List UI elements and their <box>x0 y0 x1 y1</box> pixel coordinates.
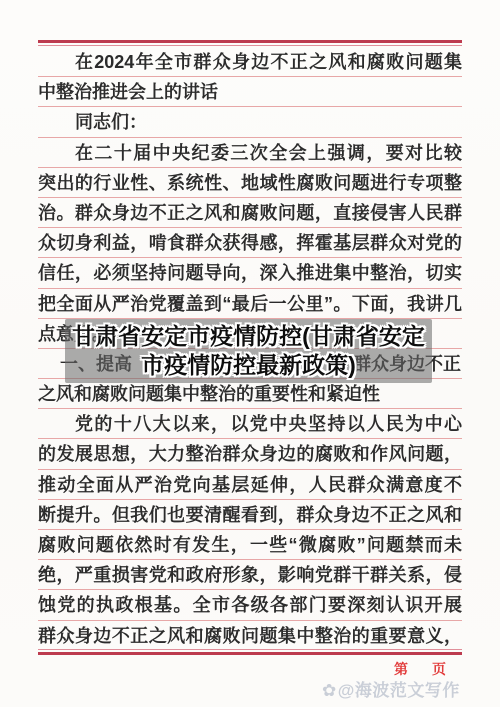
document-line: 断提升。但我们也要清醒看到，群众身边不正之风和 <box>38 500 462 530</box>
watermark-title-overlay: 甘肃省安定市疫情防控(甘肃省安定市疫情防控最新政策) <box>65 319 432 383</box>
page-number-label-right: 页 <box>432 661 446 677</box>
document-line: 治。群众身边不正之风和腐败问题，直接侵害人民群 <box>38 198 462 228</box>
document-line: 群众身边不正之风和腐败问题集中整治的重要意义， <box>38 621 462 651</box>
watermark-text: @海波范文写作 <box>338 681 460 700</box>
document-page: 在2024年全市群众身边不正之风和腐败问题集中整治推进会上的讲话同志们：在二十届… <box>0 0 500 707</box>
document-line: 绝，严重损害党和政府形象，影响党群干群关系，侵 <box>38 560 462 590</box>
document-line: 把全面从严治党覆盖到“最后一公里”。下面，我讲几 <box>38 289 462 319</box>
top-frame-thin-line <box>38 45 462 46</box>
document-line: 之风和腐败问题集中整治的重要性和紧迫性 <box>38 379 462 409</box>
document-line: 众切身利益，啃食群众获得感，挥霍基层群众对党的 <box>38 228 462 258</box>
flower-icon: ✿ <box>322 681 337 700</box>
document-line: 同志们： <box>38 107 462 137</box>
document-line: 信任，必须坚持问题导向，深入推进集中整治，切实 <box>38 258 462 288</box>
document-line: 腐败问题依然时有发生，一些“微腐败”问题禁而未 <box>38 530 462 560</box>
bottom-frame-thick-line <box>38 652 462 655</box>
page-number-label-left: 第 <box>394 661 408 677</box>
document-line: 蚀党的执政根基。全市各级各部门要深刻认识开展 <box>38 590 462 620</box>
document-line: 突出的行业性、系统性、地域性腐败问题进行专项整 <box>38 168 462 198</box>
watermark: ✿@海波范文写作 <box>322 676 500 701</box>
document-line: 的发展思想，大力整治群众身边的腐败和作风问题， <box>38 439 462 469</box>
document-line: 推动全面从严治党向基层延伸，人民群众满意度不 <box>38 470 462 500</box>
document-line: 中整治推进会上的讲话 <box>38 77 462 107</box>
document-line: 党的十八大以来，以党中央坚持以人民为中心 <box>38 409 462 439</box>
top-frame-thick-line <box>38 40 462 43</box>
document-line: 在二十届中央纪委三次全会上强调，要对比较 <box>38 138 462 168</box>
overlay-title-text: 甘肃省安定市疫情防控(甘肃省安定市疫情防控最新政策) <box>65 322 432 380</box>
document-line: 在2024年全市群众身边不正之风和腐败问题集 <box>38 47 462 77</box>
bottom-frame-thin-line <box>38 649 462 650</box>
